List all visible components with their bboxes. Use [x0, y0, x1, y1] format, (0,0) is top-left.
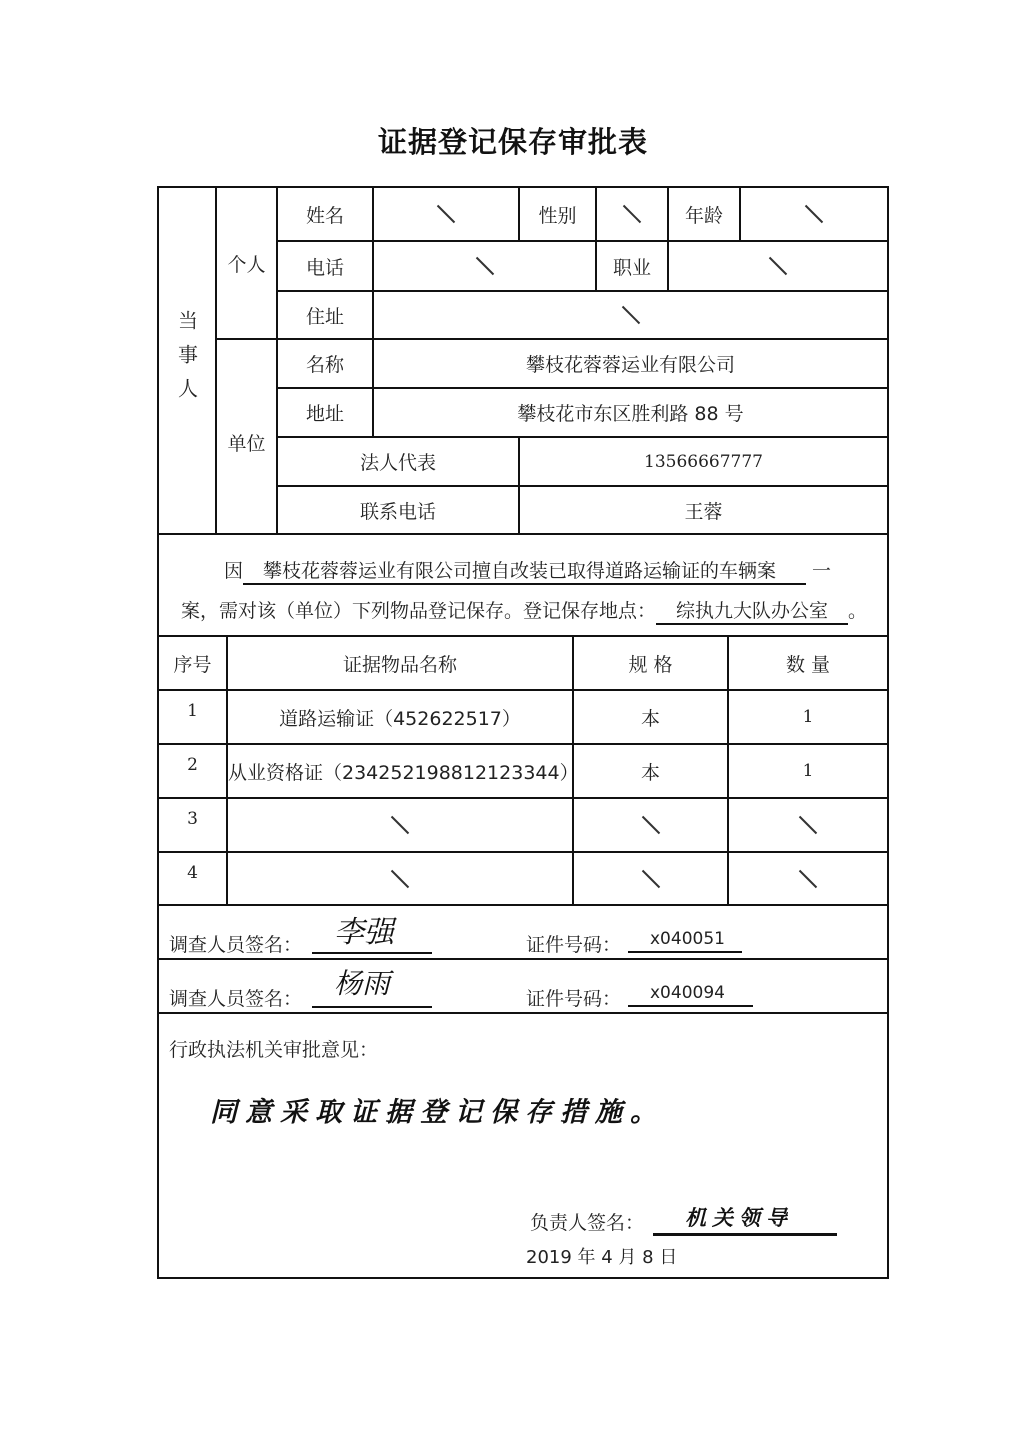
statement-line-2: 案，需对该（单位）下列物品登记保存。登记保存地点：综执九大队办公室。	[181, 596, 867, 625]
investigator-2-signature: 杨雨	[334, 962, 390, 1002]
divider	[157, 1012, 889, 1014]
header-item-name: 证据物品名称	[228, 637, 572, 689]
unit-name-value[interactable]: 攀枝花蓉蓉运业有限公司	[374, 340, 887, 387]
slash-mark	[799, 869, 817, 887]
responsible-signature: 机关领导	[685, 1202, 793, 1232]
divider	[157, 958, 889, 960]
party-group-label: 当事人	[159, 188, 215, 533]
occupation-label: 职业	[597, 242, 667, 290]
slash-mark	[621, 306, 639, 324]
storage-location-text: 综执九大队办公室	[676, 600, 828, 622]
gender-label: 性别	[520, 188, 595, 240]
statement-line-1: 因攀枝花蓉蓉运业有限公司擅自改装已取得道路运输证的车辆案一	[224, 556, 831, 585]
contact-phone-label: 联系电话	[278, 487, 518, 533]
investigator-2-id-field[interactable]: x040094	[628, 980, 753, 1007]
row-1-name[interactable]: 道路运输证（452622517）	[228, 691, 572, 743]
legal-rep-value[interactable]: 13566667777	[520, 438, 887, 485]
investigator-1-id-value: x040051	[650, 929, 725, 949]
age-value[interactable]	[741, 188, 887, 240]
row-3-qty[interactable]	[729, 799, 887, 851]
phone-label: 电话	[278, 242, 372, 290]
row-4-name[interactable]	[228, 853, 572, 904]
row-2-name[interactable]: 从业资格证（234252198812123344）	[228, 745, 572, 797]
slash-mark	[641, 869, 659, 887]
header-qty: 数 量	[729, 637, 887, 689]
investigator-2-signature-field[interactable]: 杨雨	[312, 960, 432, 1008]
case-name-field[interactable]: 攀枝花蓉蓉运业有限公司擅自改装已取得道路运输证的车辆案	[243, 556, 806, 585]
page-title: 证据登记保存审批表	[0, 120, 1026, 161]
occupation-value[interactable]	[669, 242, 887, 290]
investigator-1-id-field[interactable]: x040051	[628, 925, 742, 953]
slash-mark	[391, 869, 409, 887]
responsible-sig-label: 负责人签名：	[530, 1208, 644, 1235]
investigator-1-signature-field[interactable]: 李强	[312, 905, 432, 954]
approval-opinion[interactable]: 同意采取证据登记保存措施。	[210, 1090, 665, 1129]
row-4-qty[interactable]	[729, 853, 887, 904]
table-border-bottom	[157, 1277, 889, 1279]
slash-mark	[641, 816, 659, 834]
unit-address-label: 地址	[278, 389, 372, 436]
address-label: 住址	[278, 292, 372, 338]
responsible-signature-field[interactable]: 机关领导	[653, 1200, 837, 1236]
row-2-qty[interactable]: 1	[729, 745, 887, 797]
statement-line2-prefix: 案，需对该（单位）下列物品登记保存。登记保存地点：	[181, 600, 656, 622]
row-2-spec[interactable]: 本	[574, 745, 727, 797]
slash-mark	[391, 816, 409, 834]
table-border-right	[887, 186, 889, 1279]
slash-mark	[799, 816, 817, 834]
row-1-spec[interactable]: 本	[574, 691, 727, 743]
investigator-2-id-value: x040094	[650, 983, 725, 1003]
investigator-1-sig-label: 调查人员签名：	[169, 930, 302, 957]
header-no: 序号	[159, 637, 226, 689]
age-label: 年龄	[669, 188, 739, 240]
statement-suffix: 一	[812, 560, 831, 582]
name-label: 姓名	[278, 188, 372, 240]
name-value[interactable]	[374, 188, 518, 240]
row-4-no: 4	[159, 853, 226, 893]
individual-label: 个人	[217, 188, 276, 338]
storage-location-field[interactable]: 综执九大队办公室	[656, 596, 848, 625]
contact-phone-value[interactable]: 王蓉	[520, 487, 887, 533]
investigator-2-sig-label: 调查人员签名：	[169, 984, 302, 1011]
header-spec: 规 格	[574, 637, 727, 689]
row-3-name[interactable]	[228, 799, 572, 851]
investigator-2-id-label: 证件号码：	[526, 984, 621, 1011]
unit-name-label: 名称	[278, 340, 372, 387]
statement-end: 。	[848, 600, 867, 622]
gender-value[interactable]	[597, 188, 667, 240]
divider	[157, 904, 889, 906]
case-name-text: 攀枝花蓉蓉运业有限公司擅自改装已取得道路运输证的车辆案	[263, 560, 776, 582]
row-3-no: 3	[159, 799, 226, 839]
slash-mark	[623, 205, 641, 223]
legal-rep-label: 法人代表	[278, 438, 518, 485]
slash-mark	[805, 205, 823, 223]
row-3-spec[interactable]	[574, 799, 727, 851]
approval-date[interactable]: 2019 年 4 月 8 日	[526, 1243, 677, 1269]
investigator-1-signature: 李强	[334, 907, 394, 951]
row-1-no: 1	[159, 691, 226, 731]
approval-label: 行政执法机关审批意见：	[169, 1035, 378, 1062]
phone-value[interactable]	[374, 242, 595, 290]
row-1-qty[interactable]: 1	[729, 691, 887, 743]
unit-address-value[interactable]: 攀枝花市东区胜利路 88 号	[374, 389, 887, 436]
unit-label: 单位	[217, 340, 276, 533]
slash-mark	[475, 257, 493, 275]
investigator-1-id-label: 证件号码：	[526, 930, 621, 957]
slash-mark	[437, 205, 455, 223]
address-value[interactable]	[374, 292, 887, 338]
divider	[157, 533, 889, 535]
row-2-no: 2	[159, 745, 226, 785]
statement-prefix: 因	[224, 560, 243, 582]
slash-mark	[769, 257, 787, 275]
row-4-spec[interactable]	[574, 853, 727, 904]
